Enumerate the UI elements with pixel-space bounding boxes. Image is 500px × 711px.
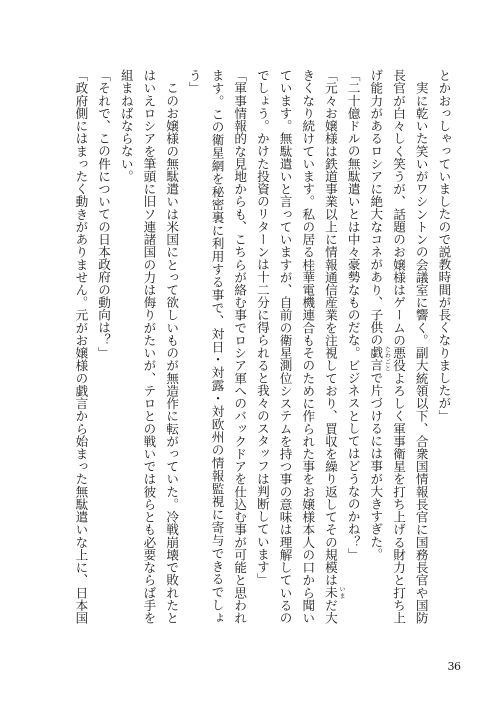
- text-column: 組まねばならない。: [114, 69, 137, 624]
- text-column: 「軍事情報的な見地からも、こちらが絡む事でロシア軍へのバックドアを仕込む事が可能…: [228, 69, 251, 624]
- text-segment: で片づけるには事が大きすぎた。: [368, 371, 383, 560]
- text-segment: だ大: [323, 599, 338, 624]
- text-column: 「元々お嬢様は鉄道事業以上に情報通信産業を注視しており、買収を繰り返してその規模…: [318, 69, 341, 624]
- ruby-base-text: 戯言: [368, 346, 383, 371]
- text-column: きくなり続けています。私の居る桂華電機連合もそのために作られた事をお嬢様本人の口…: [296, 69, 319, 624]
- ruby-base: 未いま: [323, 586, 338, 599]
- text-column: 「それで、この件についての日本政府の動向は？」: [91, 69, 114, 624]
- text-column: げ能力があるロシアに絶大なコネがあり、子供の戯言たわごとで片づけるには事が大きす…: [364, 69, 387, 624]
- ruby-base: 戯言たわごと: [368, 346, 383, 371]
- text-column: とかおっしゃっていましたので説教時間が長くなりましたが」: [432, 69, 455, 624]
- text-column: 実に乾いた笑いがワシントンの会議室に響く。副大統領以下、合衆国情報長官に国務長官…: [409, 69, 432, 624]
- ruby-annotation: たわごと: [383, 346, 390, 371]
- page-number: 36: [440, 660, 468, 674]
- text-column: でしょう。かけた投資のリターンは十二分に得られると我々のスタッフは判断しています…: [250, 69, 273, 624]
- vertical-text-body: とかおっしゃっていましたので説教時間が長くなりましたが」 実に乾いた笑いがワシン…: [69, 69, 455, 624]
- text-column: 「政府側にはまったく動きがありません。元がお嬢様の戯言から始まった無駄遣いな上に…: [69, 69, 92, 624]
- text-segment: げ能力があるロシアに絶大なコネがあり、子供の: [368, 69, 383, 346]
- text-column: ています。無駄遣いと言っていますが、自前の衛星測位システムを持つ事の意味は理解し…: [273, 69, 296, 624]
- text-column: このお嬢様の無駄遣いは米国にとって欲しいものが無造作に転がっていた。冷戦崩壊で敗…: [159, 69, 182, 624]
- ruby-annotation: いま: [338, 586, 345, 599]
- text-segment: 「元々お嬢様は鉄道事業以上に情報通信産業を注視しており、買収を繰り返してその規模…: [323, 69, 338, 586]
- text-column: はいえロシアを筆頭に旧ソ連諸国の力は侮りがたいが、テロとの戦いでは彼らとも必要な…: [137, 69, 160, 624]
- text-column: ます。この衛星網を秘密裏に利用する事で、対日・対露・対欧州の情報監視に寄与できる…: [205, 69, 228, 624]
- text-column: 「二十億ドルの無駄遣いとは中々豪勢なものだな。ビジネスとしてはどうなのかね？」: [341, 69, 364, 624]
- text-column: う」: [182, 69, 205, 624]
- ruby-base-text: 未: [323, 586, 338, 599]
